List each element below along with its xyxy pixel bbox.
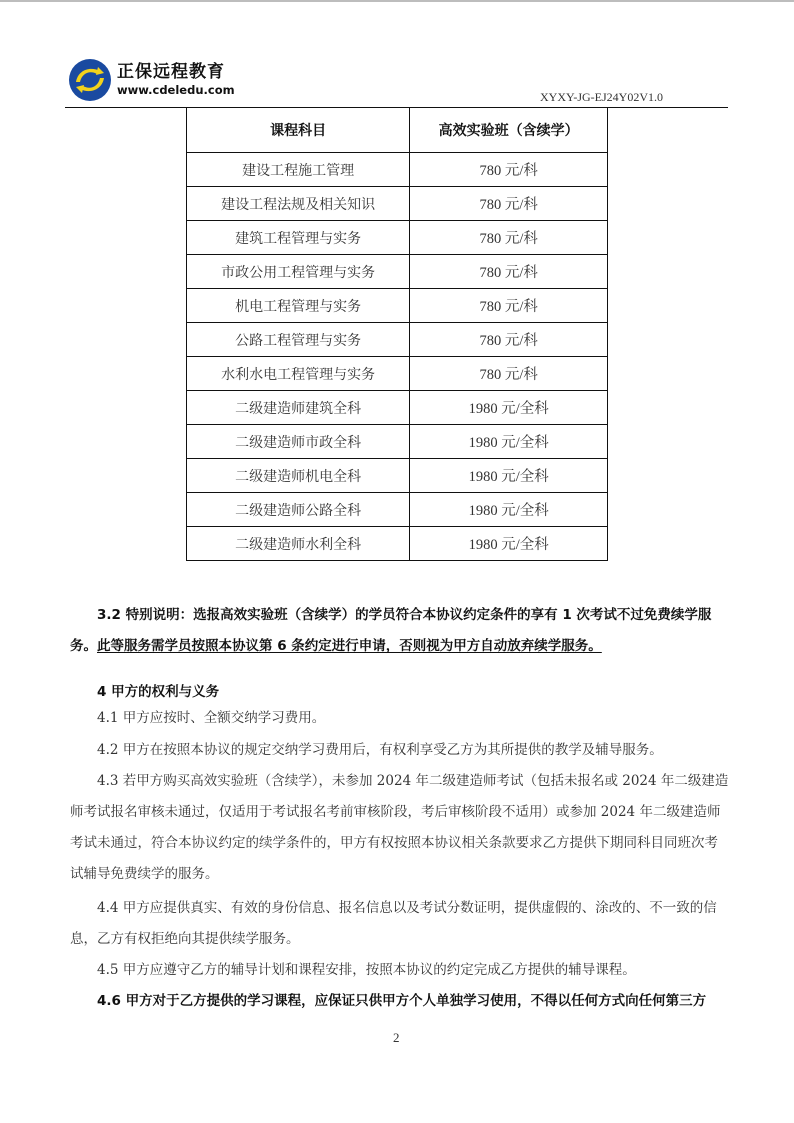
- clause-4-5: 4.5 甲方应遵守乙方的辅导计划和课程安排，按照本协议的约定完成乙方提供的辅导课…: [70, 955, 730, 986]
- subject-cell: 建筑工程管理与实务: [187, 221, 410, 255]
- price-cell: 1980 元/全科: [410, 527, 608, 561]
- clause-4-2: 4.2 甲方在按照本协议的规定交纳学习费用后，有权利享受乙方为其所提供的教学及辅…: [70, 735, 730, 766]
- price-cell: 780 元/科: [410, 221, 608, 255]
- section-4-title: 4 甲方的权利与义务: [97, 680, 219, 700]
- subject-cell: 二级建造师水利全科: [187, 527, 410, 561]
- document-code: XYXY-JG-EJ24Y02V1.0: [540, 90, 663, 104]
- subject-cell: 机电工程管理与实务: [187, 289, 410, 323]
- clause-4-6: 4.6 甲方对于乙方提供的学习课程，应保证只供甲方个人单独学习使用，不得以任何方…: [70, 986, 730, 1017]
- fee-table: 课程科目 高效实验班（含续学） 建设工程施工管理780 元/科 建设工程法规及相…: [186, 107, 608, 561]
- company-logo-icon: [68, 58, 112, 102]
- page-top-edge: [0, 0, 794, 2]
- subject-cell: 建设工程法规及相关知识: [187, 187, 410, 221]
- page-number: 2: [393, 1030, 400, 1046]
- price-cell: 780 元/科: [410, 289, 608, 323]
- price-cell: 780 元/科: [410, 187, 608, 221]
- table-row: 二级建造师机电全科1980 元/全科: [187, 459, 608, 493]
- clause-4-3: 4.3 若甲方购买高效实验班（含续学），未参加 2024 年二级建造师考试（包括…: [70, 766, 730, 890]
- table-row: 二级建造师水利全科1980 元/全科: [187, 527, 608, 561]
- brand-url: www.cdeledu.com: [117, 83, 235, 97]
- clause-3-2-underlined: 此等服务需学员按照本协议第 6 条约定进行申请，否则视为甲方自动放弃续学服务。: [97, 638, 602, 654]
- table-row: 二级建造师公路全科1980 元/全科: [187, 493, 608, 527]
- price-cell: 780 元/科: [410, 323, 608, 357]
- table-row: 机电工程管理与实务780 元/科: [187, 289, 608, 323]
- table-row: 建设工程法规及相关知识780 元/科: [187, 187, 608, 221]
- brand-name: 正保远程教育: [117, 62, 225, 82]
- subject-cell: 二级建造师机电全科: [187, 459, 410, 493]
- subject-cell: 水利水电工程管理与实务: [187, 357, 410, 391]
- clause-4-1: 4.1 甲方应按时、全额交纳学习费用。: [70, 703, 730, 734]
- table-row: 建筑工程管理与实务780 元/科: [187, 221, 608, 255]
- subject-cell: 市政公用工程管理与实务: [187, 255, 410, 289]
- subject-cell: 公路工程管理与实务: [187, 323, 410, 357]
- clause-3-2: 3.2 特别说明：选报高效实验班（含续学）的学员符合本协议约定条件的享有 1 次…: [70, 600, 730, 662]
- price-cell: 780 元/科: [410, 153, 608, 187]
- price-cell: 780 元/科: [410, 357, 608, 391]
- subject-cell: 建设工程施工管理: [187, 153, 410, 187]
- table-row: 市政公用工程管理与实务780 元/科: [187, 255, 608, 289]
- price-cell: 1980 元/全科: [410, 425, 608, 459]
- price-cell: 1980 元/全科: [410, 493, 608, 527]
- price-cell: 1980 元/全科: [410, 459, 608, 493]
- price-cell: 780 元/科: [410, 255, 608, 289]
- subject-cell: 二级建造师市政全科: [187, 425, 410, 459]
- table-row: 水利水电工程管理与实务780 元/科: [187, 357, 608, 391]
- subject-cell: 二级建造师公路全科: [187, 493, 410, 527]
- price-cell: 1980 元/全科: [410, 391, 608, 425]
- clause-4-4: 4.4 甲方应提供真实、有效的身份信息、报名信息以及考试分数证明，提供虚假的、涂…: [70, 893, 730, 955]
- table-row: 二级建造师市政全科1980 元/全科: [187, 425, 608, 459]
- column-header-subject: 课程科目: [187, 108, 410, 153]
- table-row: 公路工程管理与实务780 元/科: [187, 323, 608, 357]
- table-header-row: 课程科目 高效实验班（含续学）: [187, 108, 608, 153]
- column-header-price: 高效实验班（含续学）: [410, 108, 608, 153]
- table-row: 二级建造师建筑全科1980 元/全科: [187, 391, 608, 425]
- subject-cell: 二级建造师建筑全科: [187, 391, 410, 425]
- table-row: 建设工程施工管理780 元/科: [187, 153, 608, 187]
